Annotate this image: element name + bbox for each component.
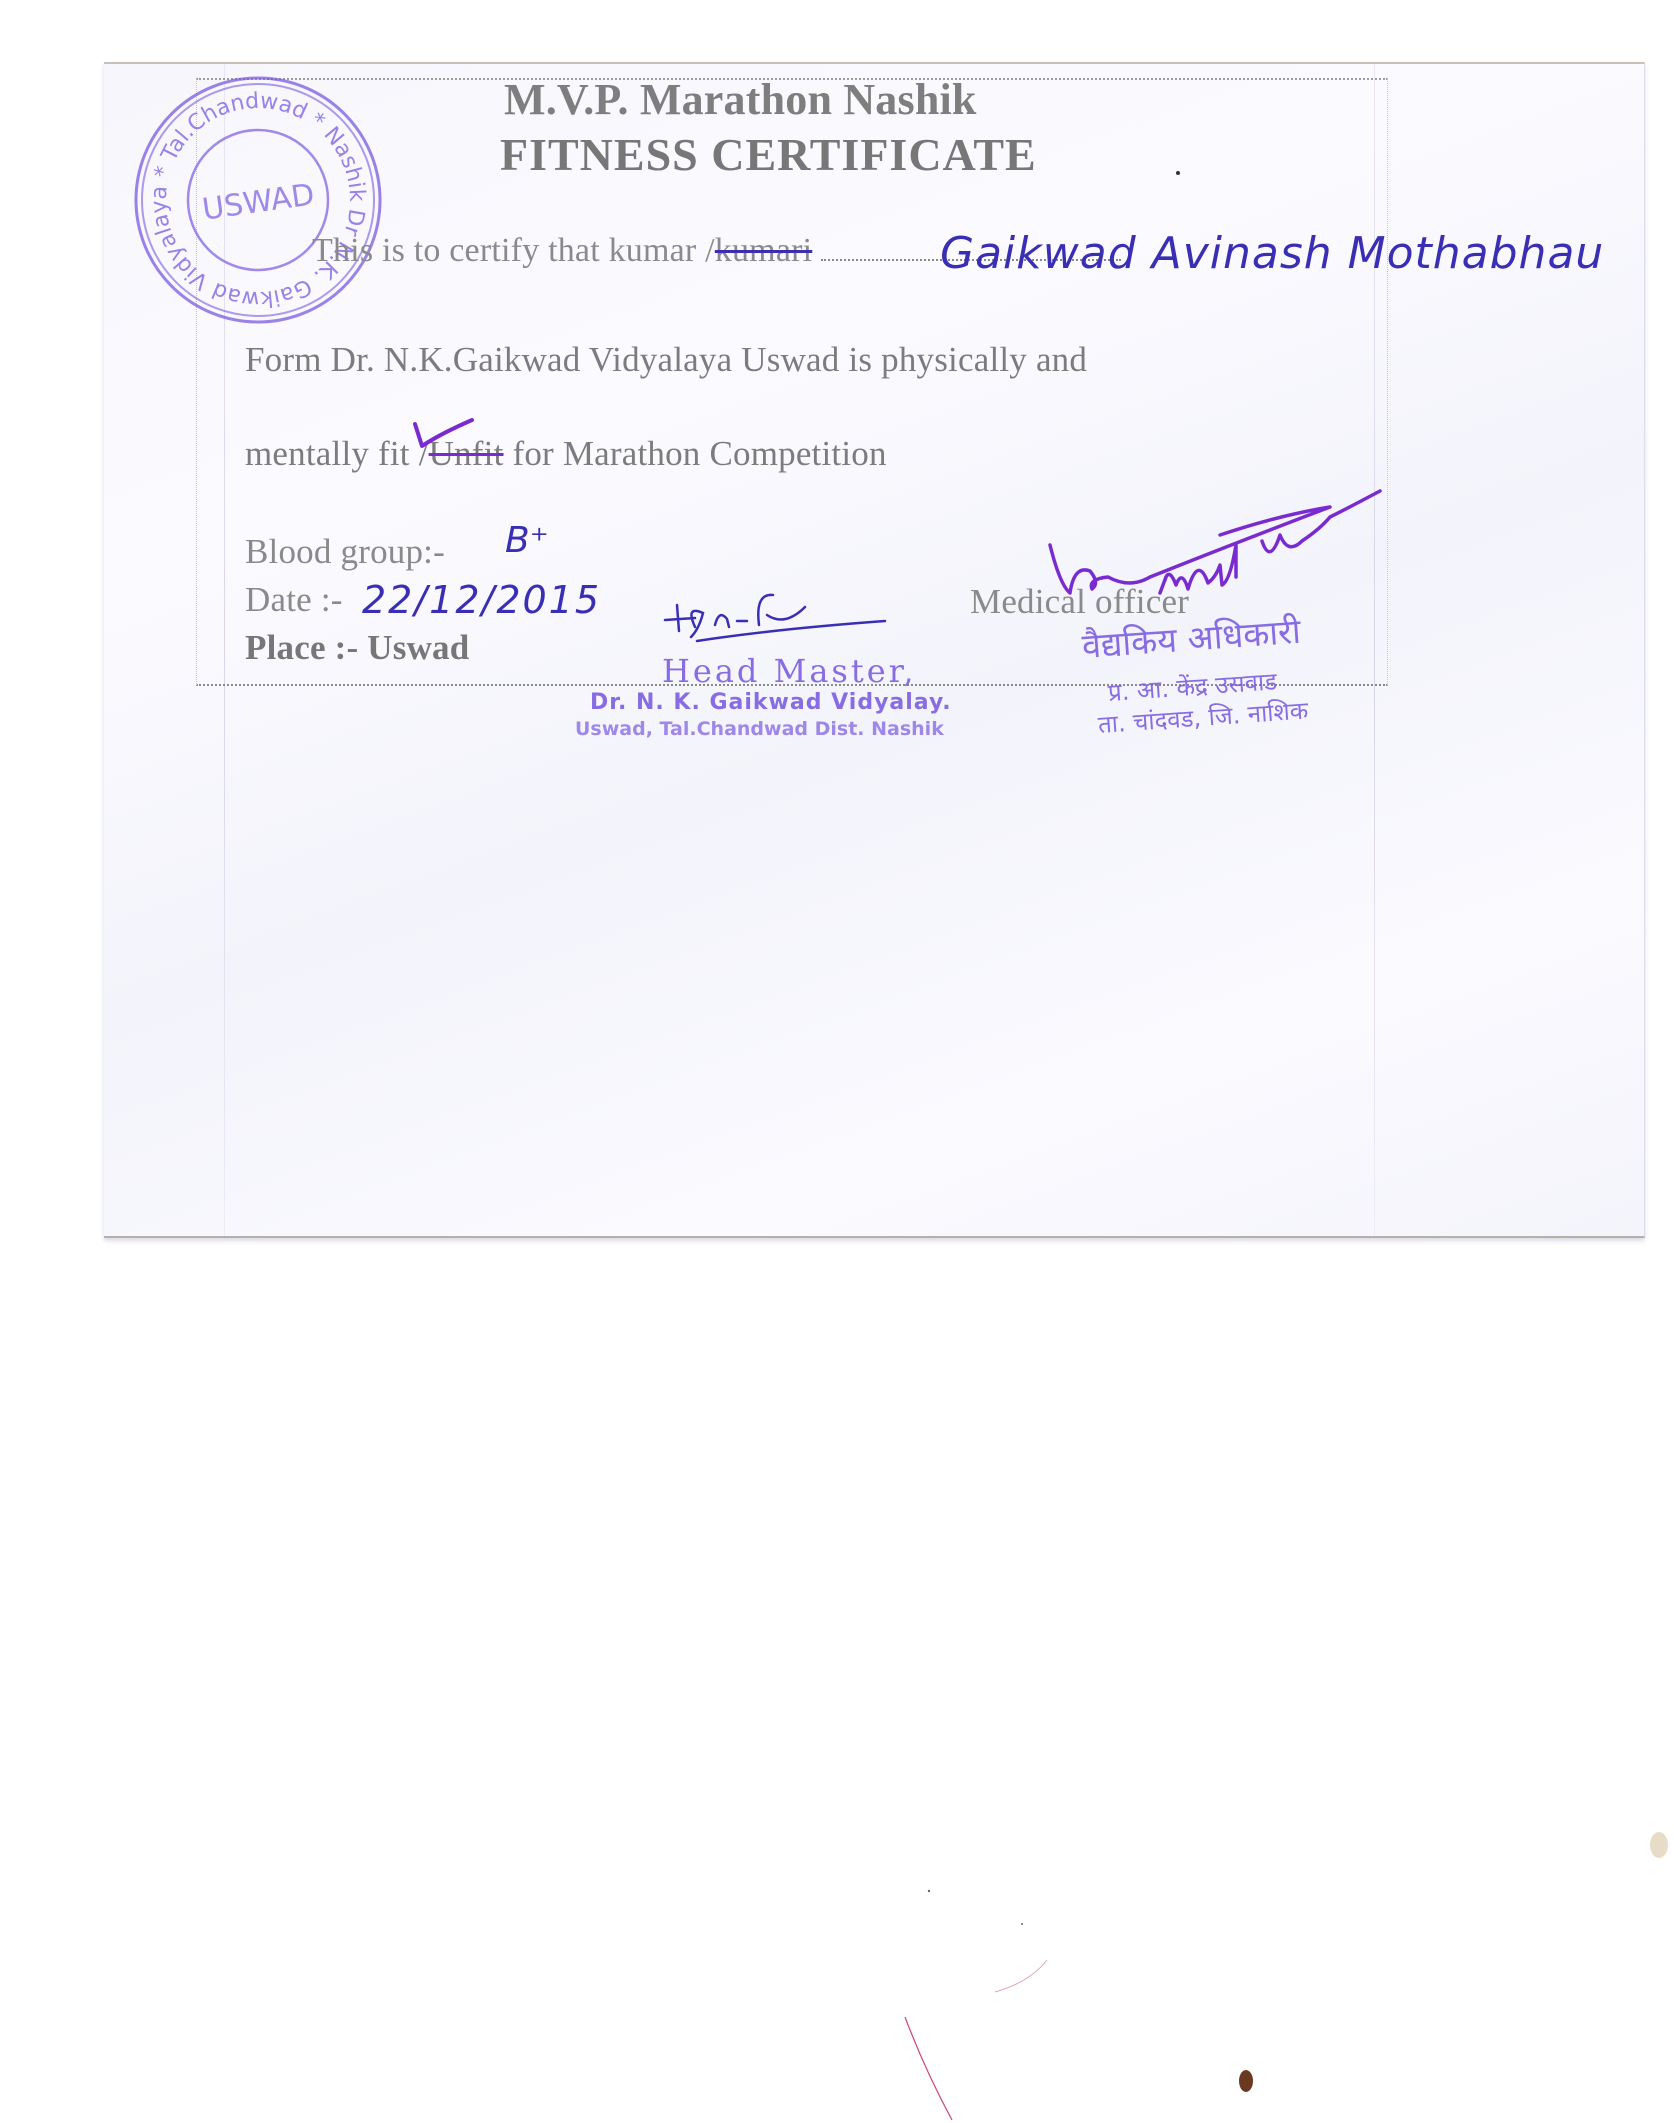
scan-artifacts — [0, 0, 1674, 2123]
